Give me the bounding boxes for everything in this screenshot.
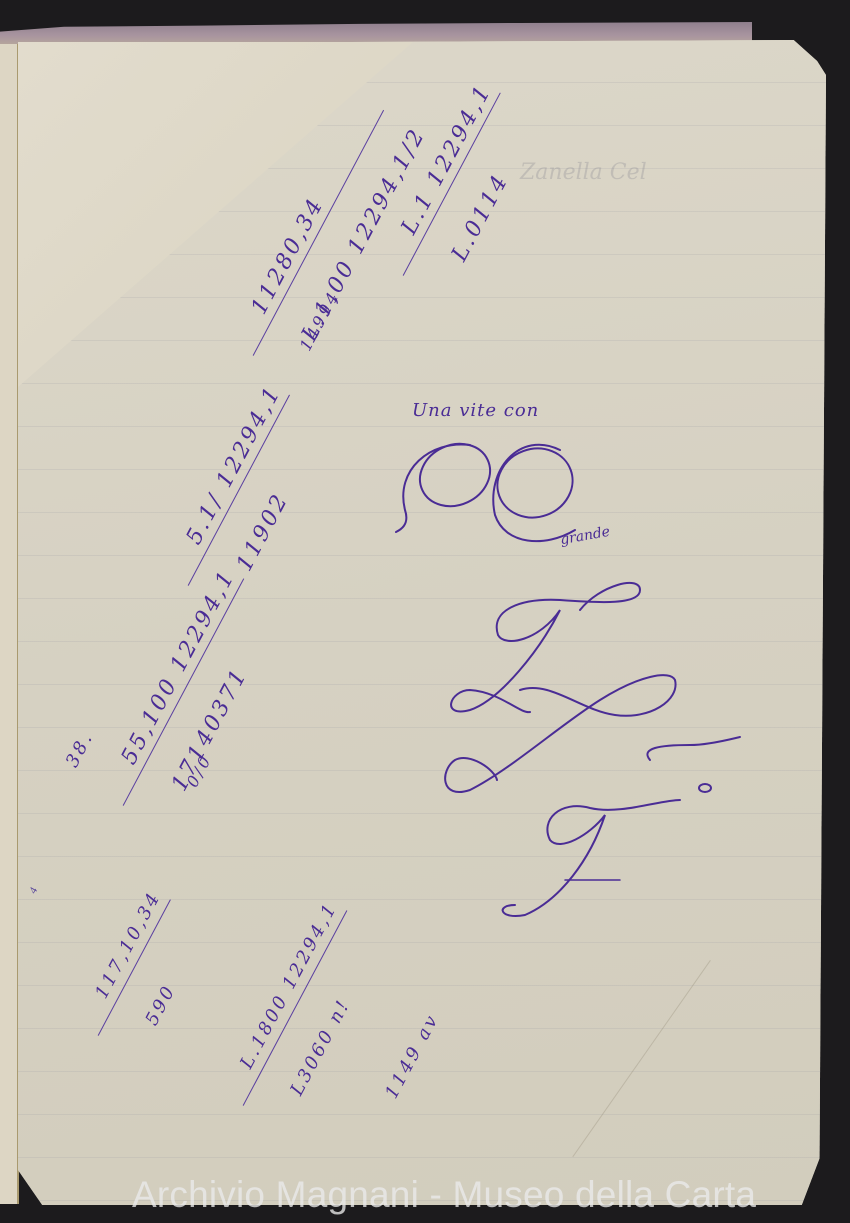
archive-watermark: Archivio Magnani - Museo della Carta xyxy=(132,1174,844,1216)
calligraphy-flourishes xyxy=(0,0,850,1223)
scanned-page: Zanella Cel 11280,34 L.1,00 12294,1/2 14… xyxy=(0,0,850,1223)
letter-hook xyxy=(647,737,740,760)
letter-dot xyxy=(699,784,711,792)
letter-o-left-tail xyxy=(396,444,470,532)
letter-t xyxy=(503,800,680,916)
letter-o-right xyxy=(488,438,583,528)
letter-s-middle xyxy=(445,675,675,792)
